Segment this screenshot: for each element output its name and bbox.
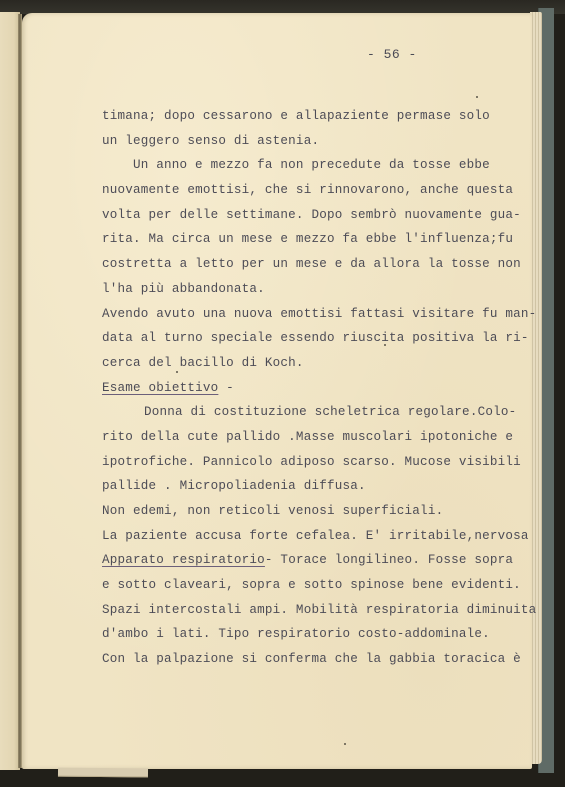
page-number: - 56 - (367, 47, 417, 62)
text-line: ipotrofiche. Pannicolo adiposo scarso. M… (102, 450, 522, 475)
line-text: pallide . Micropoliadenia diffusa. (102, 479, 366, 493)
line-text: - (218, 381, 234, 395)
text-line: d'ambo i lati. Tipo respiratorio costo-a… (102, 622, 522, 647)
line-text: nuovamente emottisi, che si rinnovarono,… (102, 183, 513, 197)
text-line: costretta a letto per un mese e da allor… (102, 252, 522, 277)
paper-speck (384, 344, 386, 346)
line-text: rita. Ma circa un mese e mezzo fa ebbe l… (102, 232, 513, 246)
text-line: rita. Ma circa un mese e mezzo fa ebbe l… (102, 227, 522, 252)
line-text: costretta a letto per un mese e da allor… (102, 257, 521, 271)
line-text: rito della cute pallido .Masse muscolari… (102, 430, 513, 444)
line-text: Donna di costituzione scheletrica regola… (144, 405, 516, 419)
paper-speck (176, 371, 178, 373)
line-text: Non edemi, non reticoli venosi superfici… (102, 504, 443, 518)
line-text: Spazi intercostali ampi. Mobilità respir… (102, 603, 536, 617)
line-text: d'ambo i lati. Tipo respiratorio costo-a… (102, 627, 490, 641)
torn-paper-strip (58, 768, 148, 778)
line-text: Con la palpazione si conferma che la gab… (102, 652, 521, 666)
text-line: data al turno speciale essendo riuscita … (102, 326, 522, 351)
text-line: Con la palpazione si conferma che la gab… (102, 647, 522, 672)
text-line: Un anno e mezzo fa non precedute da toss… (102, 153, 522, 178)
underlined-heading: Apparato respiratorio (102, 553, 265, 567)
text-line: Avendo avuto una nuova emottisi fattasi … (102, 302, 522, 327)
paper-speck (344, 743, 346, 745)
line-text: Avendo avuto una nuova emottisi fattasi … (102, 307, 536, 321)
typewritten-text-body: timana; dopo cessarono e allapaziente pe… (102, 104, 522, 672)
scan-background-top (0, 0, 565, 14)
line-text: l'ha più abbandonata. (102, 282, 265, 296)
text-line: Donna di costituzione scheletrica regola… (102, 400, 522, 425)
text-line: pallide . Micropoliadenia diffusa. (102, 474, 522, 499)
paper-speck (476, 96, 478, 98)
text-line: rito della cute pallido .Masse muscolari… (102, 425, 522, 450)
text-line: cerca del bacillo di Koch. (102, 351, 522, 376)
line-text: Un anno e mezzo fa non precedute da toss… (133, 158, 490, 172)
line-text: cerca del bacillo di Koch. (102, 356, 304, 370)
scanned-book-spread: - 56 - timana; dopo cessarono e allapazi… (0, 0, 565, 787)
text-line: timana; dopo cessarono e allapaziente pe… (102, 104, 522, 129)
section-heading-line: Esame obiettivo - (102, 376, 522, 401)
line-text: - Torace longilineo. Fosse sopra (265, 553, 513, 567)
text-line: nuovamente emottisi, che si rinnovarono,… (102, 178, 522, 203)
text-line: l'ha più abbandonata. (102, 277, 522, 302)
line-text: e sotto claveari, sopra e sotto spinose … (102, 578, 521, 592)
line-text: La paziente accusa forte cefalea. E' irr… (102, 529, 529, 543)
underlined-heading: Esame obiettivo (102, 381, 218, 395)
section-heading-line: Apparato respiratorio- Torace longilineo… (102, 548, 522, 573)
line-text: ipotrofiche. Pannicolo adiposo scarso. M… (102, 455, 521, 469)
line-text: data al turno speciale essendo riuscita … (102, 331, 529, 345)
line-text: timana; dopo cessarono e allapaziente pe… (102, 109, 490, 123)
line-text: un leggero senso di astenia. (102, 134, 319, 148)
text-line: e sotto claveari, sopra e sotto spinose … (102, 573, 522, 598)
facing-page-edge (0, 12, 20, 770)
text-line: La paziente accusa forte cefalea. E' irr… (102, 524, 522, 549)
text-line: Non edemi, non reticoli venosi superfici… (102, 499, 522, 524)
text-line: volta per delle settimane. Dopo sembrò n… (102, 203, 522, 228)
text-line: un leggero senso di astenia. (102, 129, 522, 154)
line-text: volta per delle settimane. Dopo sembrò n… (102, 208, 521, 222)
text-line: Spazi intercostali ampi. Mobilità respir… (102, 598, 522, 623)
